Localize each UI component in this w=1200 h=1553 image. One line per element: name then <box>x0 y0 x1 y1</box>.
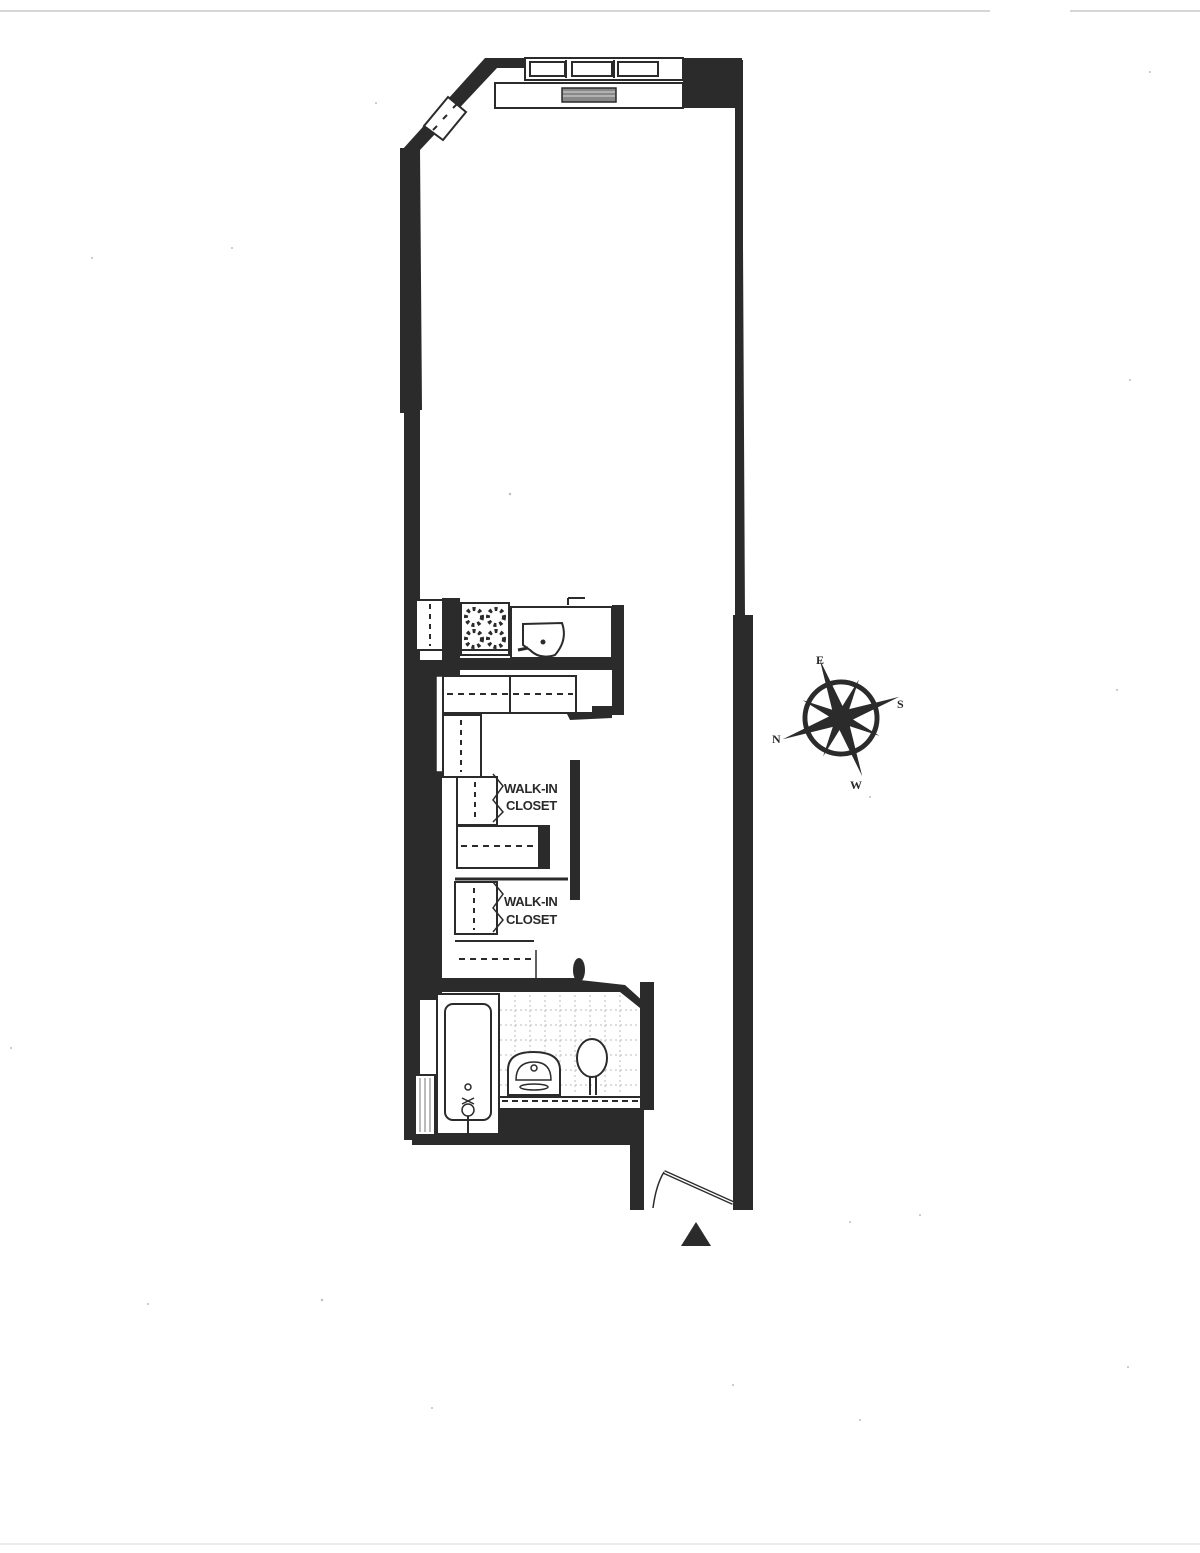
closet-2-label-line2: CLOSET <box>506 912 557 927</box>
walk-in-closet-1: WALK-IN CLOSET <box>457 774 558 825</box>
closet-partition-wall <box>570 760 580 900</box>
top-radiator-shelf <box>495 83 683 108</box>
top-windows <box>525 58 683 80</box>
entrance-arrow-icon <box>681 1222 711 1246</box>
closet-2-label-line1: WALK-IN <box>504 894 558 909</box>
walk-in-closet-2: WALK-IN CLOSET <box>455 882 558 934</box>
scan-noise <box>10 71 1151 1421</box>
closet-shelf-lower <box>455 941 536 982</box>
bathroom-sink-icon <box>508 1052 560 1095</box>
pipe-column <box>573 958 585 982</box>
compass-rose-icon <box>762 639 921 798</box>
toilet-icon <box>577 1039 607 1095</box>
compass-label-east: E <box>816 653 824 667</box>
bathroom-radiator <box>415 1075 435 1135</box>
closet-shelves-upper <box>436 676 612 777</box>
compass-label-south: S <box>897 697 904 711</box>
entry-door <box>653 1172 733 1208</box>
closet-1-label-line2: CLOSET <box>506 798 557 813</box>
compass-label-north: N <box>772 732 781 746</box>
closet-shelf-middle <box>457 826 549 868</box>
compass-label-west: W <box>850 778 862 792</box>
floor-plan: WALK-IN CLOSET WALK-IN CLOSET <box>0 0 1200 1553</box>
closet-1-label-line1: WALK-IN <box>504 781 558 796</box>
stove-icon <box>461 603 509 655</box>
bathtub-icon <box>437 994 499 1134</box>
